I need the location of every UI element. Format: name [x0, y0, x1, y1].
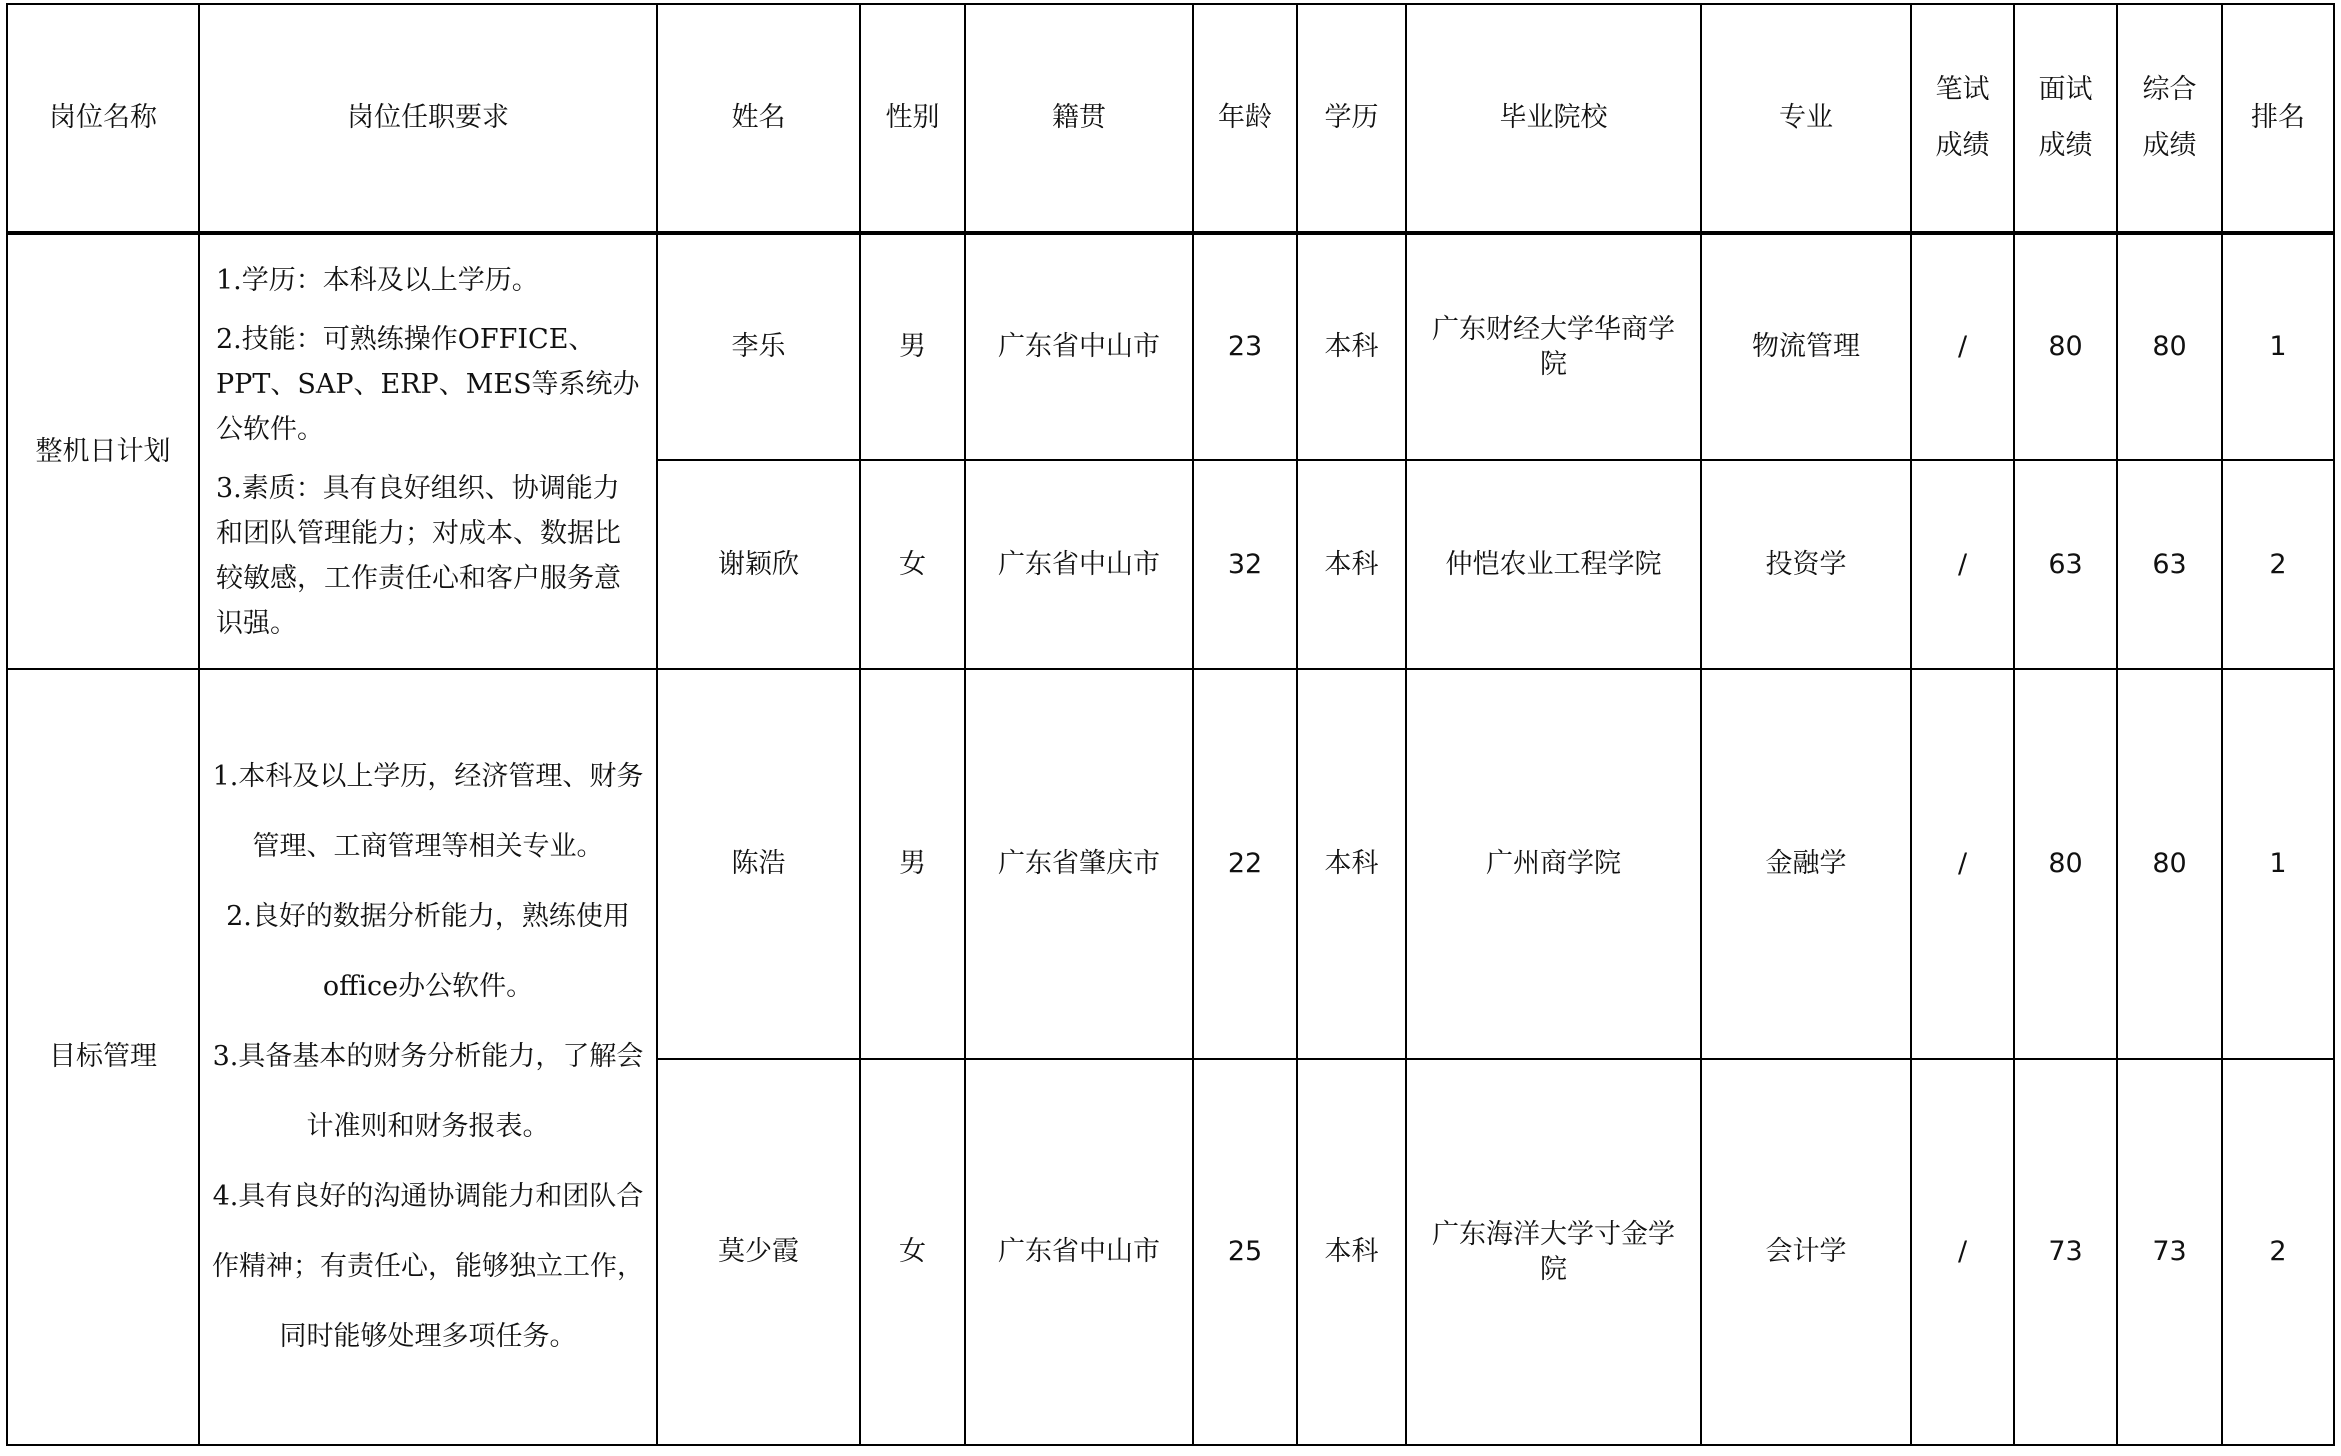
gender-cell: 女: [860, 460, 965, 669]
total-score-cell: 80: [2117, 233, 2222, 460]
rank-cell: 2: [2222, 1059, 2334, 1445]
age-cell: 22: [1193, 669, 1297, 1059]
position-cell: 目标管理: [7, 669, 199, 1445]
native-place-cell: 广东省中山市: [965, 460, 1193, 669]
requirements-cell: 1.本科及以上学历，经济管理、财务管理、工商管理等相关专业。 2.良好的数据分析…: [199, 669, 657, 1445]
header-interview-line1: 面试: [2015, 62, 2116, 118]
major-cell: 投资学: [1701, 460, 1911, 669]
name-cell: 莫少霞: [657, 1059, 860, 1445]
requirements-cell: 1.学历：本科及以上学历。 2.技能：可熟练操作OFFICE、PPT、SAP、E…: [199, 233, 657, 669]
gender-cell: 男: [860, 233, 965, 460]
header-written-score: 笔试 成绩: [1911, 4, 2014, 233]
native-place-cell: 广东省中山市: [965, 233, 1193, 460]
major-cell: 物流管理: [1701, 233, 1911, 460]
header-age: 年龄: [1193, 4, 1297, 233]
header-written-line2: 成绩: [1912, 118, 2013, 174]
header-total-line2: 成绩: [2118, 118, 2221, 174]
requirement-item: 1.学历：本科及以上学历。: [216, 258, 642, 303]
recruitment-results-table: 岗位名称 岗位任职要求 姓名 性别 籍贯 年龄 学历 毕业院校 专业 笔试 成绩…: [6, 3, 2335, 1446]
position-cell: 整机日计划: [7, 233, 199, 669]
interview-score-cell: 80: [2014, 233, 2117, 460]
total-score-cell: 73: [2117, 1059, 2222, 1445]
name-cell: 陈浩: [657, 669, 860, 1059]
school-cell: 仲恺农业工程学院: [1406, 460, 1701, 669]
total-score-cell: 63: [2117, 460, 2222, 669]
age-cell: 23: [1193, 233, 1297, 460]
header-rank: 排名: [2222, 4, 2334, 233]
native-place-cell: 广东省肇庆市: [965, 669, 1193, 1059]
header-gender: 性别: [860, 4, 965, 233]
requirement-item: 2.良好的数据分析能力，熟练使用office办公软件。: [212, 882, 644, 1022]
header-position: 岗位名称: [7, 4, 199, 233]
written-score-cell: /: [1911, 1059, 2014, 1445]
name-cell: 谢颖欣: [657, 460, 860, 669]
header-major: 专业: [1701, 4, 1911, 233]
table-row: 目标管理 1.本科及以上学历，经济管理、财务管理、工商管理等相关专业。 2.良好…: [7, 669, 2334, 1059]
header-requirements: 岗位任职要求: [199, 4, 657, 233]
header-interview-score: 面试 成绩: [2014, 4, 2117, 233]
rank-cell: 1: [2222, 669, 2334, 1059]
school-cell: 广东海洋大学寸金学院: [1406, 1059, 1701, 1445]
requirement-item: 2.技能：可熟练操作OFFICE、PPT、SAP、ERP、MES等系统办公软件。: [216, 317, 642, 452]
table-header: 岗位名称 岗位任职要求 姓名 性别 籍贯 年龄 学历 毕业院校 专业 笔试 成绩…: [7, 4, 2334, 233]
education-cell: 本科: [1297, 669, 1406, 1059]
header-interview-line2: 成绩: [2015, 118, 2116, 174]
requirement-item: 3.具备基本的财务分析能力，了解会计准则和财务报表。: [212, 1022, 644, 1162]
education-cell: 本科: [1297, 1059, 1406, 1445]
requirement-item: 4.具有良好的沟通协调能力和团队合作精神；有责任心，能够独立工作，同时能够处理多…: [212, 1162, 644, 1372]
written-score-cell: /: [1911, 669, 2014, 1059]
education-cell: 本科: [1297, 460, 1406, 669]
table-row: 整机日计划 1.学历：本科及以上学历。 2.技能：可熟练操作OFFICE、PPT…: [7, 233, 2334, 460]
header-total-score: 综合 成绩: [2117, 4, 2222, 233]
written-score-cell: /: [1911, 233, 2014, 460]
native-place-cell: 广东省中山市: [965, 1059, 1193, 1445]
interview-score-cell: 73: [2014, 1059, 2117, 1445]
interview-score-cell: 63: [2014, 460, 2117, 669]
school-cell: 广州商学院: [1406, 669, 1701, 1059]
requirement-item: 1.本科及以上学历，经济管理、财务管理、工商管理等相关专业。: [212, 742, 644, 882]
major-cell: 金融学: [1701, 669, 1911, 1059]
written-score-cell: /: [1911, 460, 2014, 669]
header-school: 毕业院校: [1406, 4, 1701, 233]
name-cell: 李乐: [657, 233, 860, 460]
rank-cell: 2: [2222, 460, 2334, 669]
gender-cell: 女: [860, 1059, 965, 1445]
header-education: 学历: [1297, 4, 1406, 233]
header-total-line1: 综合: [2118, 62, 2221, 118]
age-cell: 32: [1193, 460, 1297, 669]
rank-cell: 1: [2222, 233, 2334, 460]
education-cell: 本科: [1297, 233, 1406, 460]
school-cell: 广东财经大学华商学院: [1406, 233, 1701, 460]
major-cell: 会计学: [1701, 1059, 1911, 1445]
total-score-cell: 80: [2117, 669, 2222, 1059]
header-name: 姓名: [657, 4, 860, 233]
age-cell: 25: [1193, 1059, 1297, 1445]
header-written-line1: 笔试: [1912, 62, 2013, 118]
requirement-item: 3.素质：具有良好组织、协调能力和团队管理能力；对成本、数据比较敏感，工作责任心…: [216, 466, 642, 646]
gender-cell: 男: [860, 669, 965, 1059]
interview-score-cell: 80: [2014, 669, 2117, 1059]
header-native-place: 籍贯: [965, 4, 1193, 233]
